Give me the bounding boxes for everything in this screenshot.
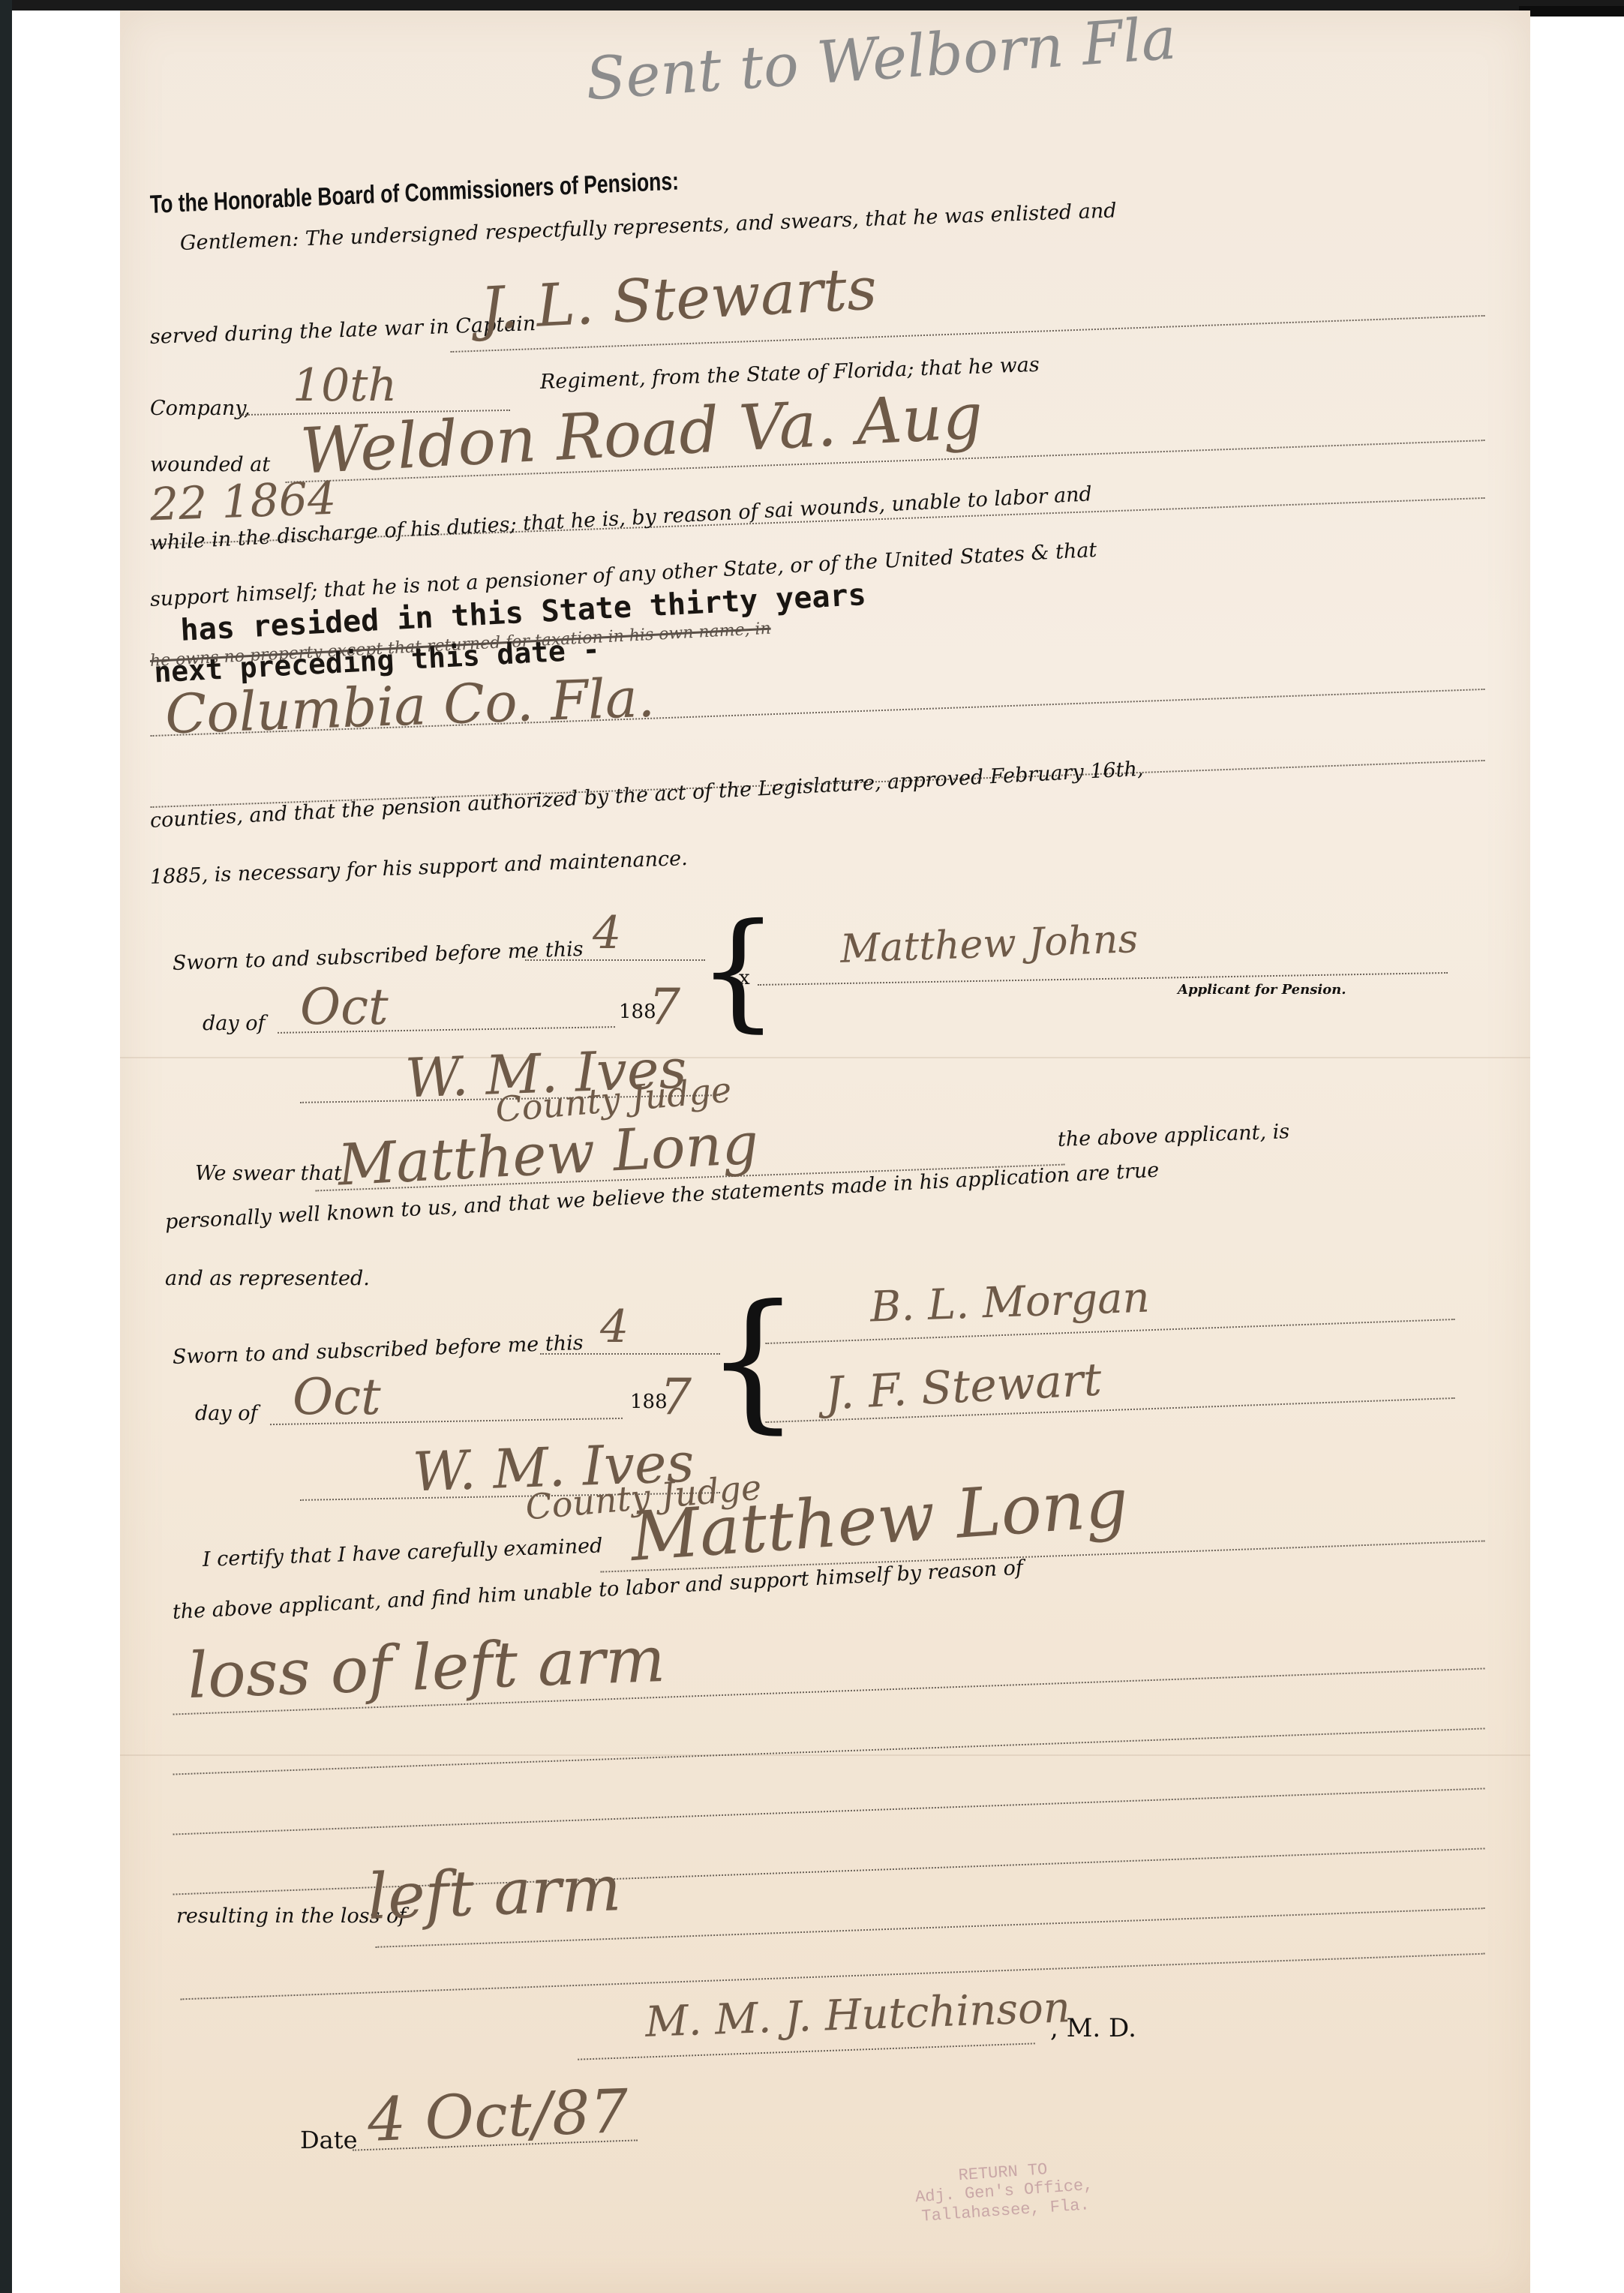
wounded-at-field: Weldon Road Va. Aug <box>299 379 984 488</box>
applicant-month-field: Oct <box>300 978 389 1036</box>
intro-line-8: counties, and that the pension authorize… <box>149 758 1144 833</box>
witness-suffix: the above applicant, is <box>1057 1120 1289 1151</box>
captain-label: served during the late war in Captain <box>149 312 536 349</box>
witness2-signature: J. F. Stewart <box>824 1353 1103 1420</box>
physician-suffix: , M. D. <box>1050 2013 1136 2043</box>
page-title: To the Honorable Board of Commissioners … <box>149 167 679 220</box>
certify-label: I certify that I have carefully examined <box>202 1534 602 1571</box>
applicant-signature: Matthew Johns <box>839 917 1139 972</box>
witness-day-line <box>540 1353 720 1355</box>
applicant-day-field: 4 <box>593 907 621 959</box>
date-label: Date <box>300 2126 358 2154</box>
return-stamp: RETURN TO Adj. Gen's Office, Tallahassee… <box>914 2157 1095 2226</box>
company-label: Company, <box>150 397 251 420</box>
witness-line-3: and as represented. <box>165 1267 370 1290</box>
witness-year-field: 7 <box>660 1368 692 1426</box>
captain-field: J. L. Stewarts <box>479 255 878 344</box>
wounded-date-field: 22 1864 <box>149 473 337 532</box>
we-swear-label: We swear that <box>195 1162 342 1185</box>
applicant-sworn-label: Sworn to and subscribed before me this <box>172 938 584 975</box>
applicant-mark: x <box>739 967 750 989</box>
reason-line-3 <box>173 1787 1484 1835</box>
applicant-day-line <box>525 959 705 961</box>
reason-line-2 <box>173 1727 1484 1775</box>
paper-fold <box>120 1754 1530 1756</box>
applicant-day-of-label: day of <box>203 1012 265 1035</box>
applicant-year-field: 7 <box>649 978 680 1036</box>
witness-month-field: Oct <box>293 1368 381 1426</box>
witness-brace: { <box>705 1286 800 1436</box>
date-field: 4 Oct/87 <box>366 2076 629 2155</box>
scanner-frame-left <box>0 0 12 2293</box>
witness1-signature: B. L. Morgan <box>869 1274 1151 1332</box>
scanner-frame-top <box>0 0 1624 11</box>
pencil-note: Sent to Welborn Fla <box>584 5 1178 114</box>
applicant-label: Applicant for Pension. <box>1178 982 1346 998</box>
wounded-label: wounded at <box>150 453 270 476</box>
witness-sworn-label: Sworn to and subscribed before me this <box>172 1331 584 1369</box>
intro-line-9: 1885, is necessary for his support and m… <box>149 847 688 889</box>
loss-field: left arm <box>366 1851 622 1934</box>
witness-day-field: 4 <box>600 1301 629 1353</box>
scanner-frame-top-right <box>1519 6 1624 17</box>
paper-fold <box>120 1057 1530 1058</box>
witness-day-of-label: day of <box>195 1402 257 1425</box>
regiment-field: 10th <box>293 359 397 412</box>
physician-signature: M. M. J. Hutchinson <box>644 1983 1071 2047</box>
document-page: Sent to Welborn Fla To the Honorable Boa… <box>120 11 1530 2293</box>
